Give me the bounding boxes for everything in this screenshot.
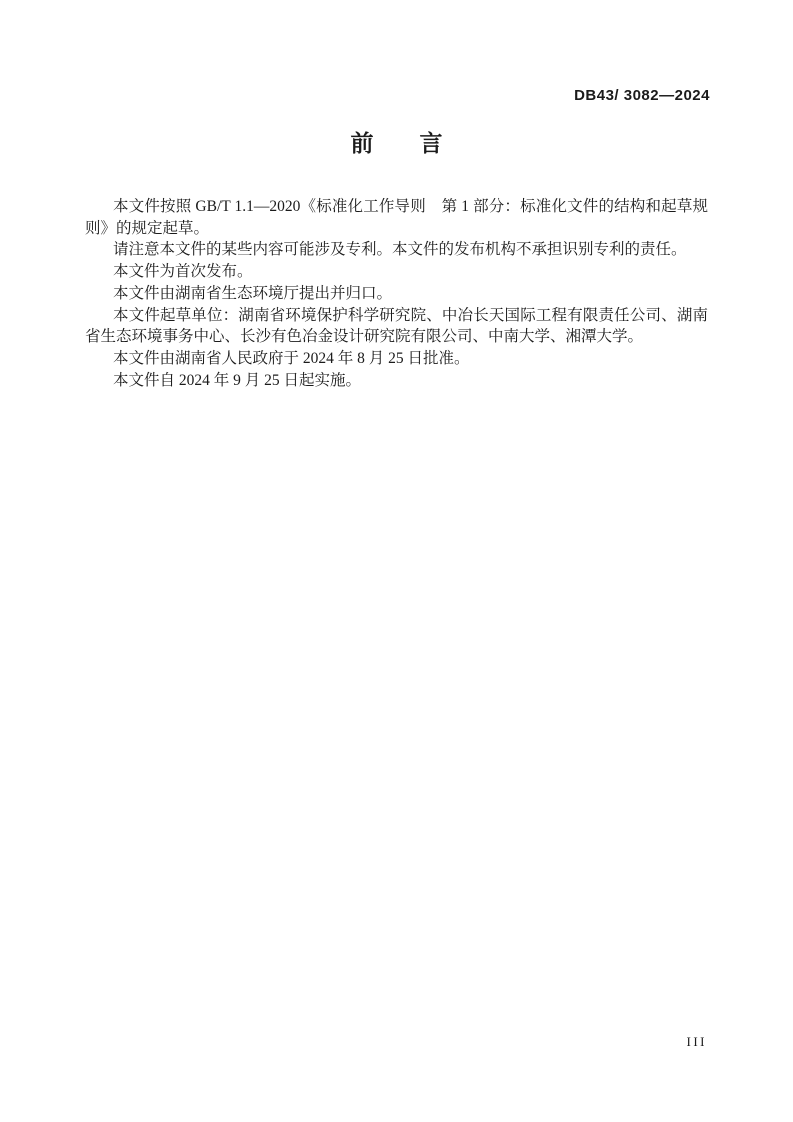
page-number: III bbox=[687, 1034, 708, 1050]
foreword-paragraph: 本文件为首次发布。 bbox=[85, 261, 708, 283]
foreword-body: 本文件按照 GB/T 1.1—2020《标准化工作导则 第 1 部分：标准化文件… bbox=[85, 196, 708, 391]
foreword-paragraph: 请注意本文件的某些内容可能涉及专利。本文件的发布机构不承担识别专利的责任。 bbox=[85, 239, 708, 261]
page-title: 前 言 bbox=[0, 129, 793, 159]
foreword-paragraph: 本文件自 2024 年 9 月 25 日起实施。 bbox=[85, 370, 708, 392]
foreword-paragraph: 本文件由湖南省生态环境厅提出并归口。 bbox=[85, 283, 708, 305]
foreword-paragraph: 本文件由湖南省人民政府于 2024 年 8 月 25 日批准。 bbox=[85, 348, 708, 370]
foreword-paragraph: 本文件按照 GB/T 1.1—2020《标准化工作导则 第 1 部分：标准化文件… bbox=[85, 196, 708, 239]
document-page: DB43/ 3082—2024 前 言 本文件按照 GB/T 1.1—2020《… bbox=[0, 0, 793, 1122]
foreword-paragraph: 本文件起草单位：湖南省环境保护科学研究院、中冶长天国际工程有限责任公司、湖南省生… bbox=[85, 305, 708, 348]
doc-number: DB43/ 3082—2024 bbox=[574, 87, 710, 104]
